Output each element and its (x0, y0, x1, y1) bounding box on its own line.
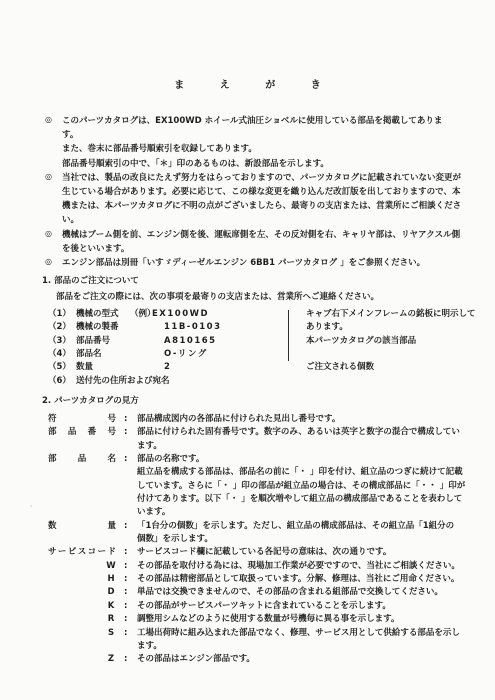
service-code-desc: 工場出荷時に組み込まれた部品でなく、修理、サービス用として供給する部品を示し (137, 627, 460, 640)
order-item-label: 数量 (76, 361, 93, 374)
legend-term-row: ます。 (0, 440, 495, 453)
section-heading: 1. 部品のご注文について (42, 274, 495, 289)
order-item-label: 機械の型式 (76, 308, 119, 321)
service-code-row: ます。 (0, 640, 495, 653)
legend-term-desc: ます。 (137, 440, 162, 453)
service-code-letter: S (104, 627, 118, 640)
legend-colon: : (124, 453, 127, 466)
scanned-document-page: ま え が き ◎このパーツカタログは、EX100WD ホイール式油圧ショベルに… (0, 0, 495, 700)
example-brace-line (288, 310, 289, 361)
legend-term-desc: 部品の名称です。 (137, 453, 204, 466)
service-code-letter: Z (104, 653, 118, 666)
scan-speck (30, 505, 32, 507)
legend-term-row: 符号:部品構成図内の各部品に付けられた見出し番号です。 (0, 413, 495, 426)
legend-colon: : (124, 426, 127, 439)
order-item-value: A810165 (164, 335, 217, 348)
service-code-row: S:工場出荷時に組み込まれた部品でなく、修理、サービス用として供給する部品を示し (0, 627, 495, 640)
preface-line: このパーツカタログは、EX100WD ホイール式油圧ショベルに使用している部品を… (62, 114, 495, 128)
legend-colon: : (124, 573, 127, 586)
order-item-no: （3） (48, 335, 71, 348)
order-item-row: （3）部品番号A810165本パーツカタログの該当部品 (0, 335, 495, 348)
legend-term-row: サービスコード:サービスコード欄に記載している各記号の意味は、次の通りです。 (0, 546, 495, 559)
service-code-row: K:その部品がサービスパーツキットに含まれていることを示します。 (0, 600, 495, 613)
service-code-desc: その部品は精密部品として取扱っています。分解、修理は、当社にご用命ください。 (137, 573, 459, 586)
service-code-desc: 調整用シムなどのように使用する数量が号機毎に異る事を示します。 (137, 613, 399, 626)
bullet-marker-icon: ◎ (45, 115, 52, 124)
service-code-letter: D (104, 586, 118, 599)
order-item-no: （6） (48, 375, 71, 388)
order-item-label: 部品番号 (76, 335, 110, 348)
legend-term-desc: しています。さらに「・ 」印の部品が組立品の場合は、その構成部品に「・・ 」印が (137, 480, 465, 493)
service-code-letter: R (104, 613, 118, 626)
service-code-row: H:その部品は精密部品として取扱っています。分解、修理は、当社にご用命ください。 (0, 573, 495, 586)
legend-term-row: 部品番号:部品に付けられた固有番号です。数字のみ、あるいは英字と数字の混合で構成… (0, 426, 495, 439)
preface-line: エンジン部品は別冊「いすゞディーゼルエンジン 6BB1 パーツカタログ 」をご参… (62, 256, 495, 270)
legend-term-row: しています。さらに「・ 」印の部品が組立品の場合は、その構成部品に「・・ 」印が (0, 480, 495, 493)
service-code-row: R:調整用シムなどのように使用する数量が号機毎に異る事を示します。 (0, 613, 495, 626)
section-legend: 2. パーツカタログの見方 符号:部品構成図内の各部品に付けられた見出し番号です… (0, 394, 495, 667)
legend-colon: : (124, 413, 127, 426)
order-item-value: 11B-0103 (164, 321, 222, 334)
legend-term-desc: 個数」を示します。 (137, 533, 213, 546)
order-item-no: （2） (48, 321, 71, 334)
legend-colon: : (124, 520, 127, 533)
order-item-note: あります。 (306, 321, 348, 334)
order-items: （1）機械の型式（例）EX100WDキャブ右下メインフレームの銘板に明示して（2… (0, 308, 495, 388)
service-code-letter: H (104, 573, 118, 586)
order-item-note: キャブ右下メインフレームの銘板に明示して (306, 308, 476, 321)
legend-term-label: 部品番号 (48, 426, 116, 439)
preface-paragraph: ◎当社では、製品の改良にたえず努力をはらっておりますので、パーツカタログに記載さ… (62, 171, 495, 228)
order-item-row: （1）機械の型式（例）EX100WDキャブ右下メインフレームの銘板に明示して (0, 308, 495, 321)
preface: ◎このパーツカタログは、EX100WD ホイール式油圧ショベルに使用している部品… (0, 114, 495, 270)
legend-rows: 符号:部品構成図内の各部品に付けられた見出し番号です。部品番号:部品に付けられた… (0, 413, 495, 667)
legend-term-label: 部品名 (48, 453, 116, 466)
page-title: ま え が き (0, 76, 495, 91)
section-ordering: 1. 部品のご注文について 部品をご注文の際には、次の事項を最寄りの支店または、… (0, 274, 495, 388)
legend-term-row: 付けてあります。以下「・ 」を順次増やして組立品の構成部品であることを表わして (0, 493, 495, 506)
preface-line: 機械はブーム側を前、エンジン側を後、運転席側を左、その反対側を右、キャリヤ部は、… (62, 228, 495, 242)
legend-term-row: います。 (0, 506, 495, 519)
preface-line: 生じている場合があります。必要に応じて、この様な変更を織り込んだ改訂版を出してお… (62, 185, 495, 199)
legend-term-label: サービスコード (48, 546, 116, 559)
preface-line: 機または、本パーツカタログに不明の点がございましたら、最寄りの支店または、営業所… (62, 199, 495, 213)
legend-colon: : (124, 613, 127, 626)
bullet-marker-icon: ◎ (45, 257, 52, 266)
order-item-row: （6）送付先の住所および宛名 (0, 375, 495, 388)
bullet-marker-icon: ◎ (45, 172, 52, 181)
legend-term-desc: います。 (137, 506, 170, 519)
legend-colon: : (124, 653, 127, 666)
preface-line: す。 (62, 128, 495, 142)
preface-paragraph: ◎機械はブーム側を前、エンジン側を後、運転席側を左、その反対側を右、キャリヤ部は… (62, 228, 495, 256)
bullet-marker-icon: ◎ (45, 229, 52, 238)
preface-paragraph: ◎エンジン部品は別冊「いすゞディーゼルエンジン 6BB1 パーツカタログ 」をご… (62, 256, 495, 270)
legend-term-row: 組立品を構成する部品は、部品名の前に「・ 」印を付け、組立品のつぎに続けて記載 (0, 466, 495, 479)
service-code-letter: K (104, 600, 118, 613)
order-item-row: （4）部品名O-リング (0, 348, 495, 361)
legend-term-desc: 「1台分の個数」を示します。ただし、組立品の構成部品は、その組立品「1組分の (137, 520, 454, 533)
legend-colon: : (124, 600, 127, 613)
service-code-row: D:単品では交換できませんので、その部品の含まれる組部品で交換してください。 (0, 586, 495, 599)
order-item-row: （5）数量2ご注文される個数 (0, 361, 495, 374)
legend-colon: : (124, 586, 127, 599)
order-item-row: （2）機械の製番11B-0103あります。 (0, 321, 495, 334)
service-code-desc: その部品がサービスパーツキットに含まれていることを示します。 (137, 600, 391, 613)
order-item-value: 2 (164, 361, 171, 374)
legend-term-desc: 付けてあります。以下「・ 」を順次増やして組立品の構成部品であることを表わして (137, 493, 462, 506)
preface-line: また、巻末に部品番号順索引を収録してあります。 (62, 142, 495, 156)
order-item-label: 機械の製番 (76, 321, 119, 334)
legend-term-label: 符号 (48, 413, 116, 426)
preface-paragraph: ◎このパーツカタログは、EX100WD ホイール式油圧ショベルに使用している部品… (62, 114, 495, 171)
service-code-row: Z:その部品はエンジン部品です。 (0, 653, 495, 666)
legend-term-row: 部品名:部品の名称です。 (0, 453, 495, 466)
service-code-desc: 単品では交換できませんので、その部品の含まれる組部品で交換してください。 (137, 586, 443, 599)
legend-colon: : (124, 627, 127, 640)
preface-line: い。 (62, 213, 495, 227)
preface-line: 当社では、製品の改良にたえず努力をはらっておりますので、パーツカタログに記載され… (62, 171, 495, 185)
legend-term-row: 数量:「1台分の個数」を示します。ただし、組立品の構成部品は、その組立品「1組分… (0, 520, 495, 533)
service-code-desc: その部品はエンジン部品です。 (137, 653, 255, 666)
order-item-no: （4） (48, 348, 71, 361)
order-item-label: 送付先の住所および宛名 (76, 375, 170, 388)
legend-colon: : (124, 560, 127, 573)
order-item-value: EX100WD (152, 308, 209, 321)
order-item-label: 部品名 (76, 348, 102, 361)
legend-term-desc: サービスコード欄に記載している各記号の意味は、次の通りです。 (137, 546, 391, 559)
section-intro: 部品をご注文の際には、次の事項を最寄りの支店または、営業所へご連絡ください。 (56, 289, 495, 305)
legend-colon: : (124, 546, 127, 559)
order-item-value: O-リング (164, 348, 208, 361)
preface-line: を後といいます。 (62, 242, 495, 256)
legend-term-desc: 部品構成図内の各部品に付けられた見出し番号です。 (137, 413, 340, 426)
scan-speck (205, 122, 207, 124)
scan-speck (128, 120, 130, 122)
order-item-no: （5） (48, 361, 71, 374)
section-heading: 2. パーツカタログの見方 (42, 394, 495, 409)
legend-term-desc: 組立品を構成する部品は、部品名の前に「・ 」印を付け、組立品のつぎに続けて記載 (137, 466, 463, 479)
legend-term-row: 個数」を示します。 (0, 533, 495, 546)
preface-line: 部品番号順索引の中で、「＊」印のあるものは、新設部品を示します。 (62, 157, 495, 171)
legend-term-label: 数量 (48, 520, 116, 533)
legend-term-desc: 部品に付けられた固有番号です。数字のみ、あるいは英字と数字の混合で構成してい (137, 426, 460, 439)
order-item-note: ご注文される個数 (306, 361, 374, 374)
service-code-row: W:その部品を取付ける為には、現場加工作業が必要ですので、当社にご相談ください。 (0, 560, 495, 573)
order-item-no: （1） (48, 308, 71, 321)
service-code-letter: W (104, 560, 118, 573)
order-item-note: 本パーツカタログの該当部品 (306, 335, 416, 348)
service-code-desc: その部品を取付ける為には、現場加工作業が必要ですので、当社にご相談ください。 (137, 560, 460, 573)
service-code-desc: ます。 (137, 640, 162, 653)
